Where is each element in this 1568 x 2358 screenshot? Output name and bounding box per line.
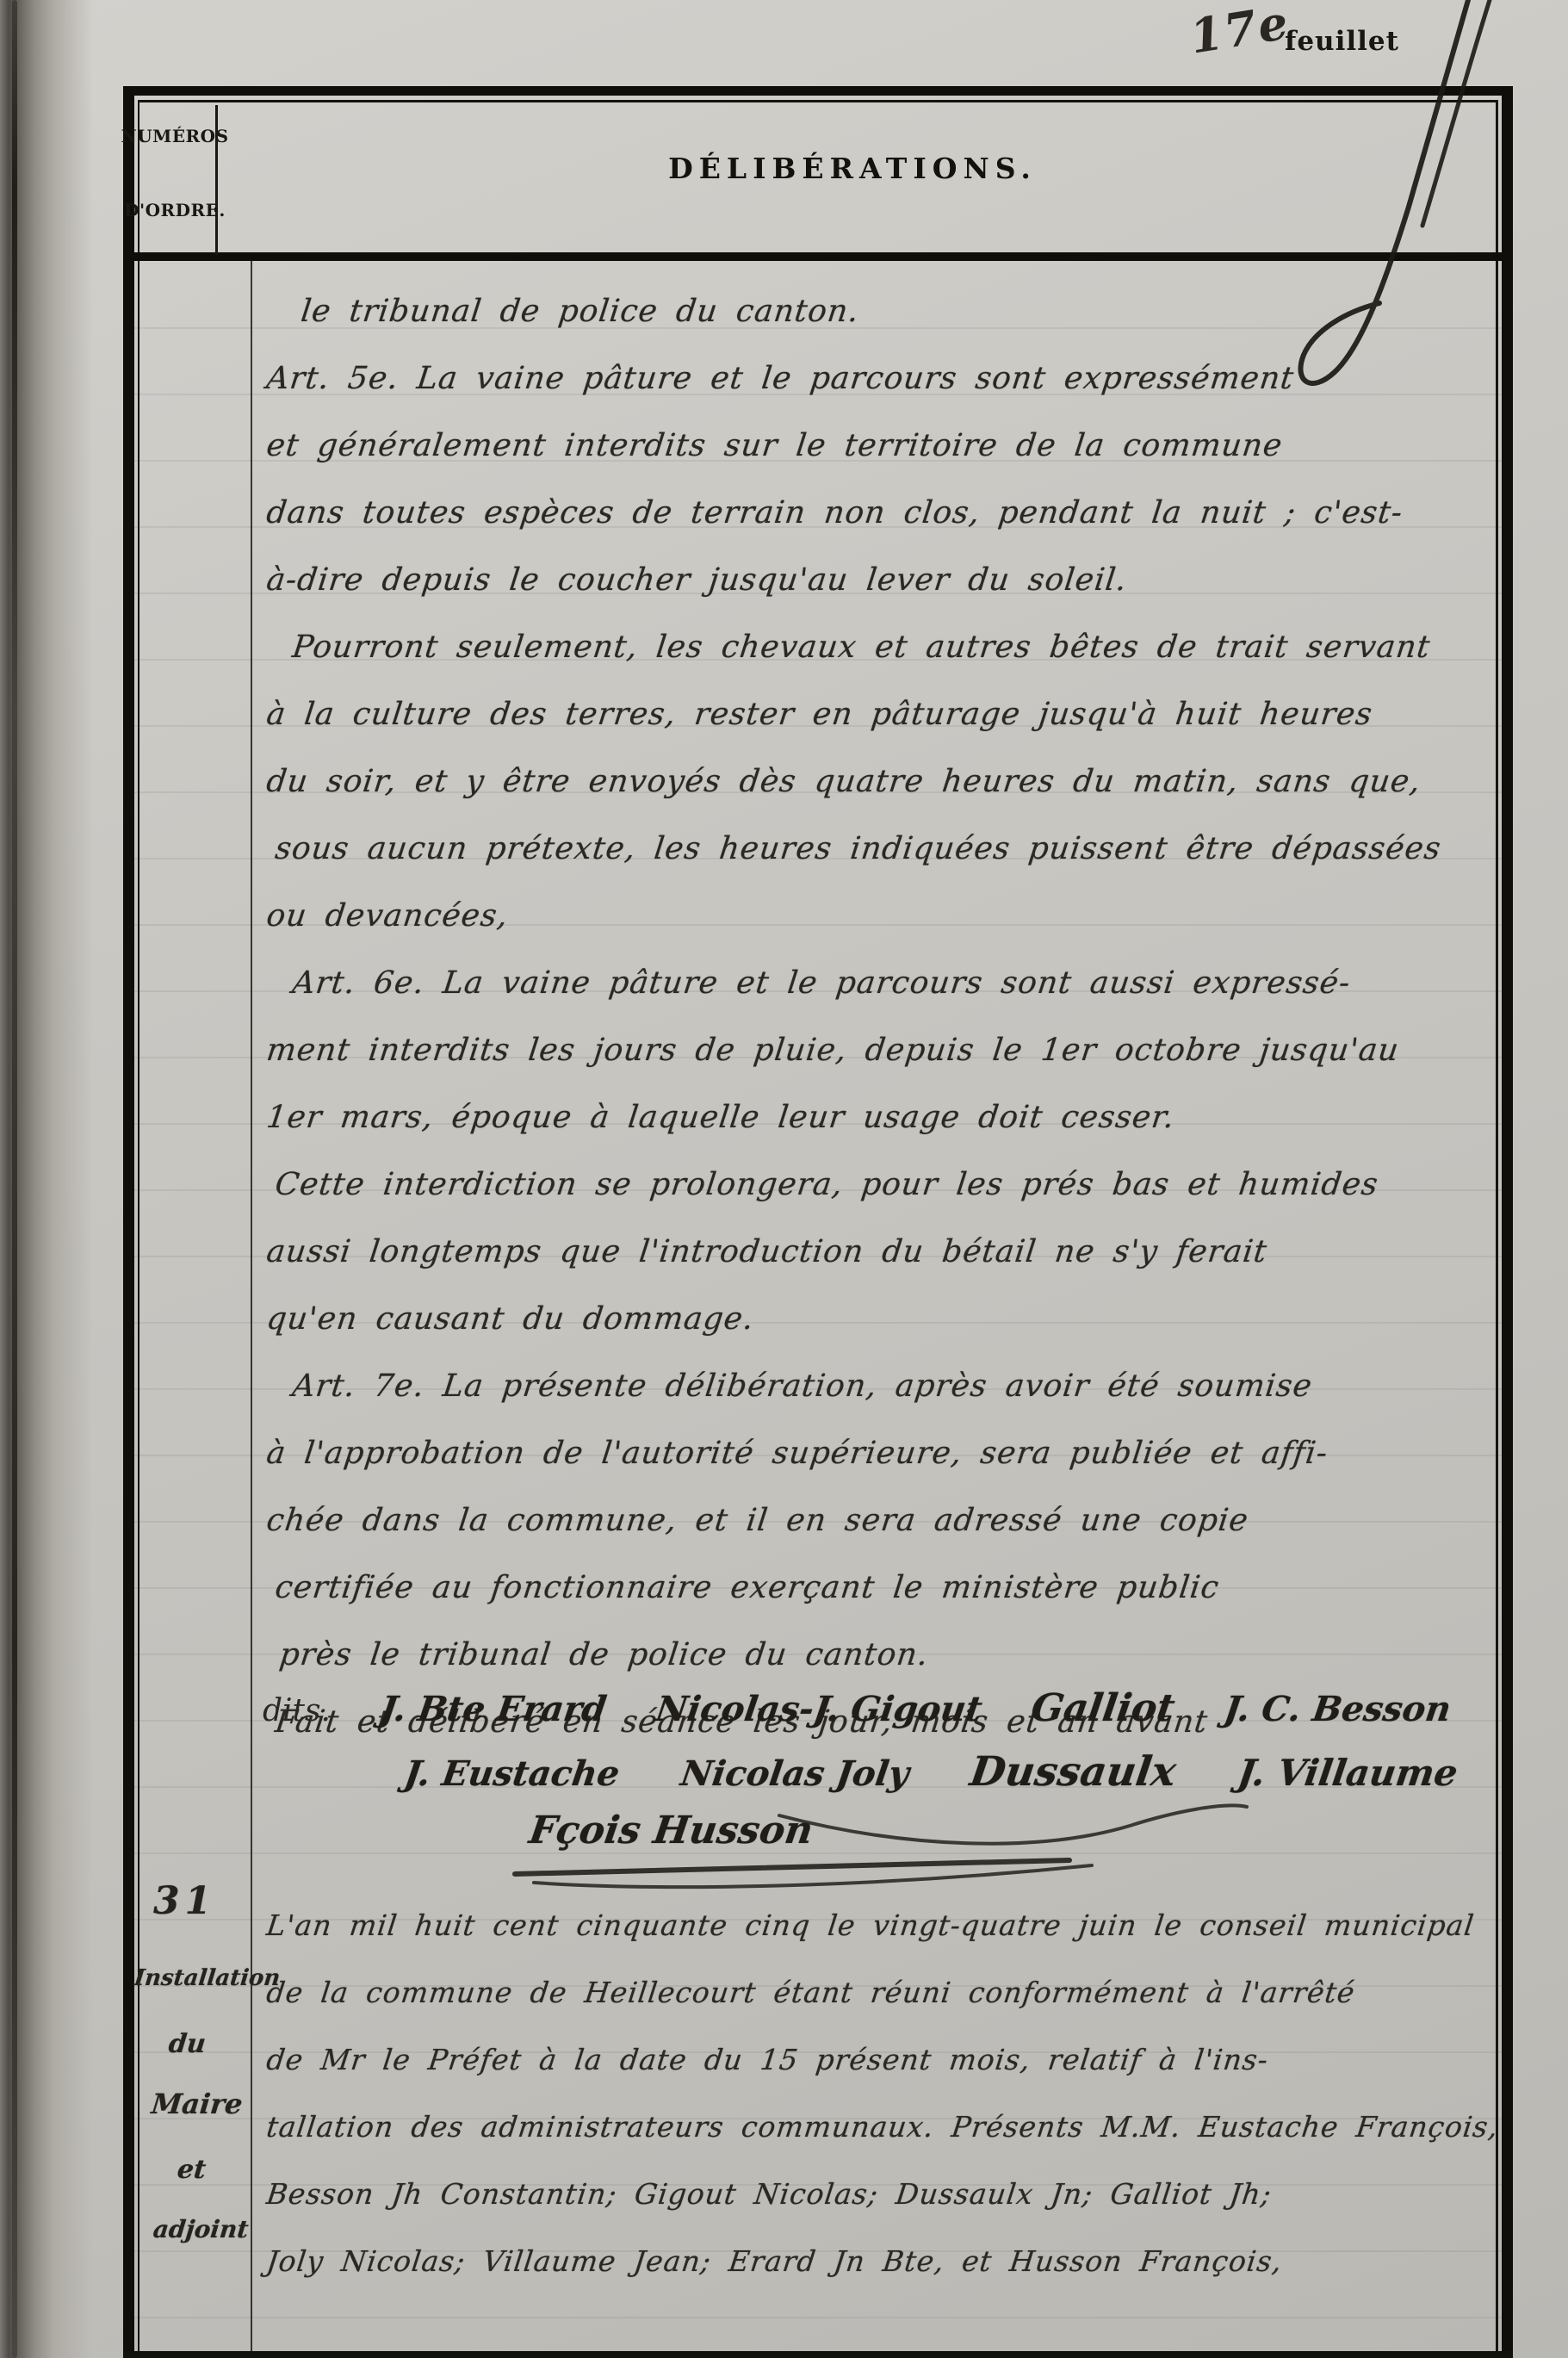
manuscript-line: à-dire depuis le coucher jusqu'au lever … xyxy=(263,546,1528,613)
folio-number: 17e xyxy=(1187,0,1293,65)
margin-annotation: Installation xyxy=(133,1965,281,1991)
manuscript-block: L'an mil huit cent cinquante cinq le vin… xyxy=(263,1891,1528,2294)
signature-row: dits. J. Bte Erard Nicolas-J. Gigout Gal… xyxy=(263,1686,1451,1730)
manuscript-line: 1er mars, époque à laquelle leur usage d… xyxy=(263,1083,1528,1151)
folio-label: feuillet xyxy=(1285,26,1399,57)
manuscript-line: à la culture des terres, rester en pâtur… xyxy=(263,680,1528,748)
order-column-header-line2: D'ORDRE. xyxy=(124,200,226,220)
signature-row: J. Eustache Nicolas Joly Dussaulx J. Vil… xyxy=(405,1748,1457,1796)
signature: Galliot xyxy=(1028,1686,1177,1730)
signature-row: Fçois Husson xyxy=(530,1809,813,1852)
signature: J. Bte Erard xyxy=(378,1689,609,1729)
manuscript-line: Art. 7e. La présente délibération, après… xyxy=(263,1352,1528,1419)
manuscript-line: le tribunal de police du canton. xyxy=(263,277,1528,344)
margin-column-divider xyxy=(251,261,252,2358)
manuscript-line: sous aucun prétexte, les heures indiquée… xyxy=(263,815,1528,882)
manuscript-line: Pourront seulement, les chevaux et autre… xyxy=(263,613,1528,680)
manuscript-line: Besson Jh Constantin; Gigout Nicolas; Du… xyxy=(263,2160,1537,2227)
manuscript-line: tallation des administrateurs communaux.… xyxy=(263,2093,1537,2160)
order-column-header-line1: NUMÉROS xyxy=(121,126,228,146)
manuscript-line: à l'approbation de l'autorité supérieure… xyxy=(263,1419,1528,1486)
page-title: DÉLIBÉRATIONS. xyxy=(258,152,1447,185)
margin-annotation: adjoint xyxy=(152,2215,250,2243)
manuscript-line: Art. 5e. La vaine pâture et le parcours … xyxy=(263,344,1528,412)
manuscript-line: ment interdits les jours de pluie, depui… xyxy=(263,1016,1528,1083)
manuscript-line: qu'en causant du dommage. xyxy=(263,1285,1528,1352)
register-page-scan: 17e feuillet NUMÉROS D'ORDRE. DÉLIBÉRATI… xyxy=(0,0,1568,2358)
manuscript-line: ou devancées, xyxy=(263,882,1528,949)
signature: J. Villaume xyxy=(1235,1752,1460,1794)
manuscript-line: et généralement interdits sur le territo… xyxy=(263,412,1528,479)
margin-annotation: du xyxy=(167,2029,207,2059)
margin-annotation: Maire xyxy=(150,2088,245,2120)
order-column-header: NUMÉROS D'ORDRE. xyxy=(136,126,214,220)
manuscript-line: de Mr le Préfet à la date du 15 présent … xyxy=(263,2026,1537,2093)
manuscript-line: Joly Nicolas; Villaume Jean; Erard Jn Bt… xyxy=(263,2227,1537,2294)
manuscript-line: du soir, et y être envoyés dès quatre he… xyxy=(263,748,1528,815)
signature: J. Eustache xyxy=(402,1753,623,1794)
signature: Nicolas Joly xyxy=(679,1753,912,1794)
manuscript-line: Cette interdiction se prolongera, pour l… xyxy=(263,1151,1528,1218)
manuscript-line: certifiée au fonctionnaire exerçant le m… xyxy=(263,1554,1528,1621)
closing-word: dits. xyxy=(263,1693,331,1728)
signature: J. C. Besson xyxy=(1222,1689,1453,1729)
signature: Fçois Husson xyxy=(526,1809,815,1852)
header-bottom-rule xyxy=(131,252,1507,261)
signature: Dussaulx xyxy=(968,1748,1180,1796)
manuscript-line: Art. 6e. La vaine pâture et le parcours … xyxy=(263,949,1528,1016)
manuscript-line: aussi longtemps que l'introduction du bé… xyxy=(263,1218,1528,1285)
manuscript-line: de la commune de Heillecourt étant réuni… xyxy=(263,1958,1537,2026)
manuscript-line: L'an mil huit cent cinquante cinq le vin… xyxy=(263,1891,1537,1958)
book-binding-edge xyxy=(12,0,17,2358)
manuscript-block: le tribunal de police du canton. Art. 5e… xyxy=(263,277,1520,1755)
manuscript-line: chée dans la commune, et il en sera adre… xyxy=(263,1486,1528,1554)
manuscript-line: près le tribunal de police du canton. xyxy=(263,1621,1528,1688)
margin-entry-number: 31 xyxy=(153,1879,216,1923)
page-bottom-rule xyxy=(123,2351,1513,2358)
margin-annotation: et xyxy=(176,2155,208,2185)
manuscript-line: dans toutes espèces de terrain non clos,… xyxy=(263,479,1528,546)
signature: Nicolas-J. Gigout xyxy=(654,1689,985,1729)
